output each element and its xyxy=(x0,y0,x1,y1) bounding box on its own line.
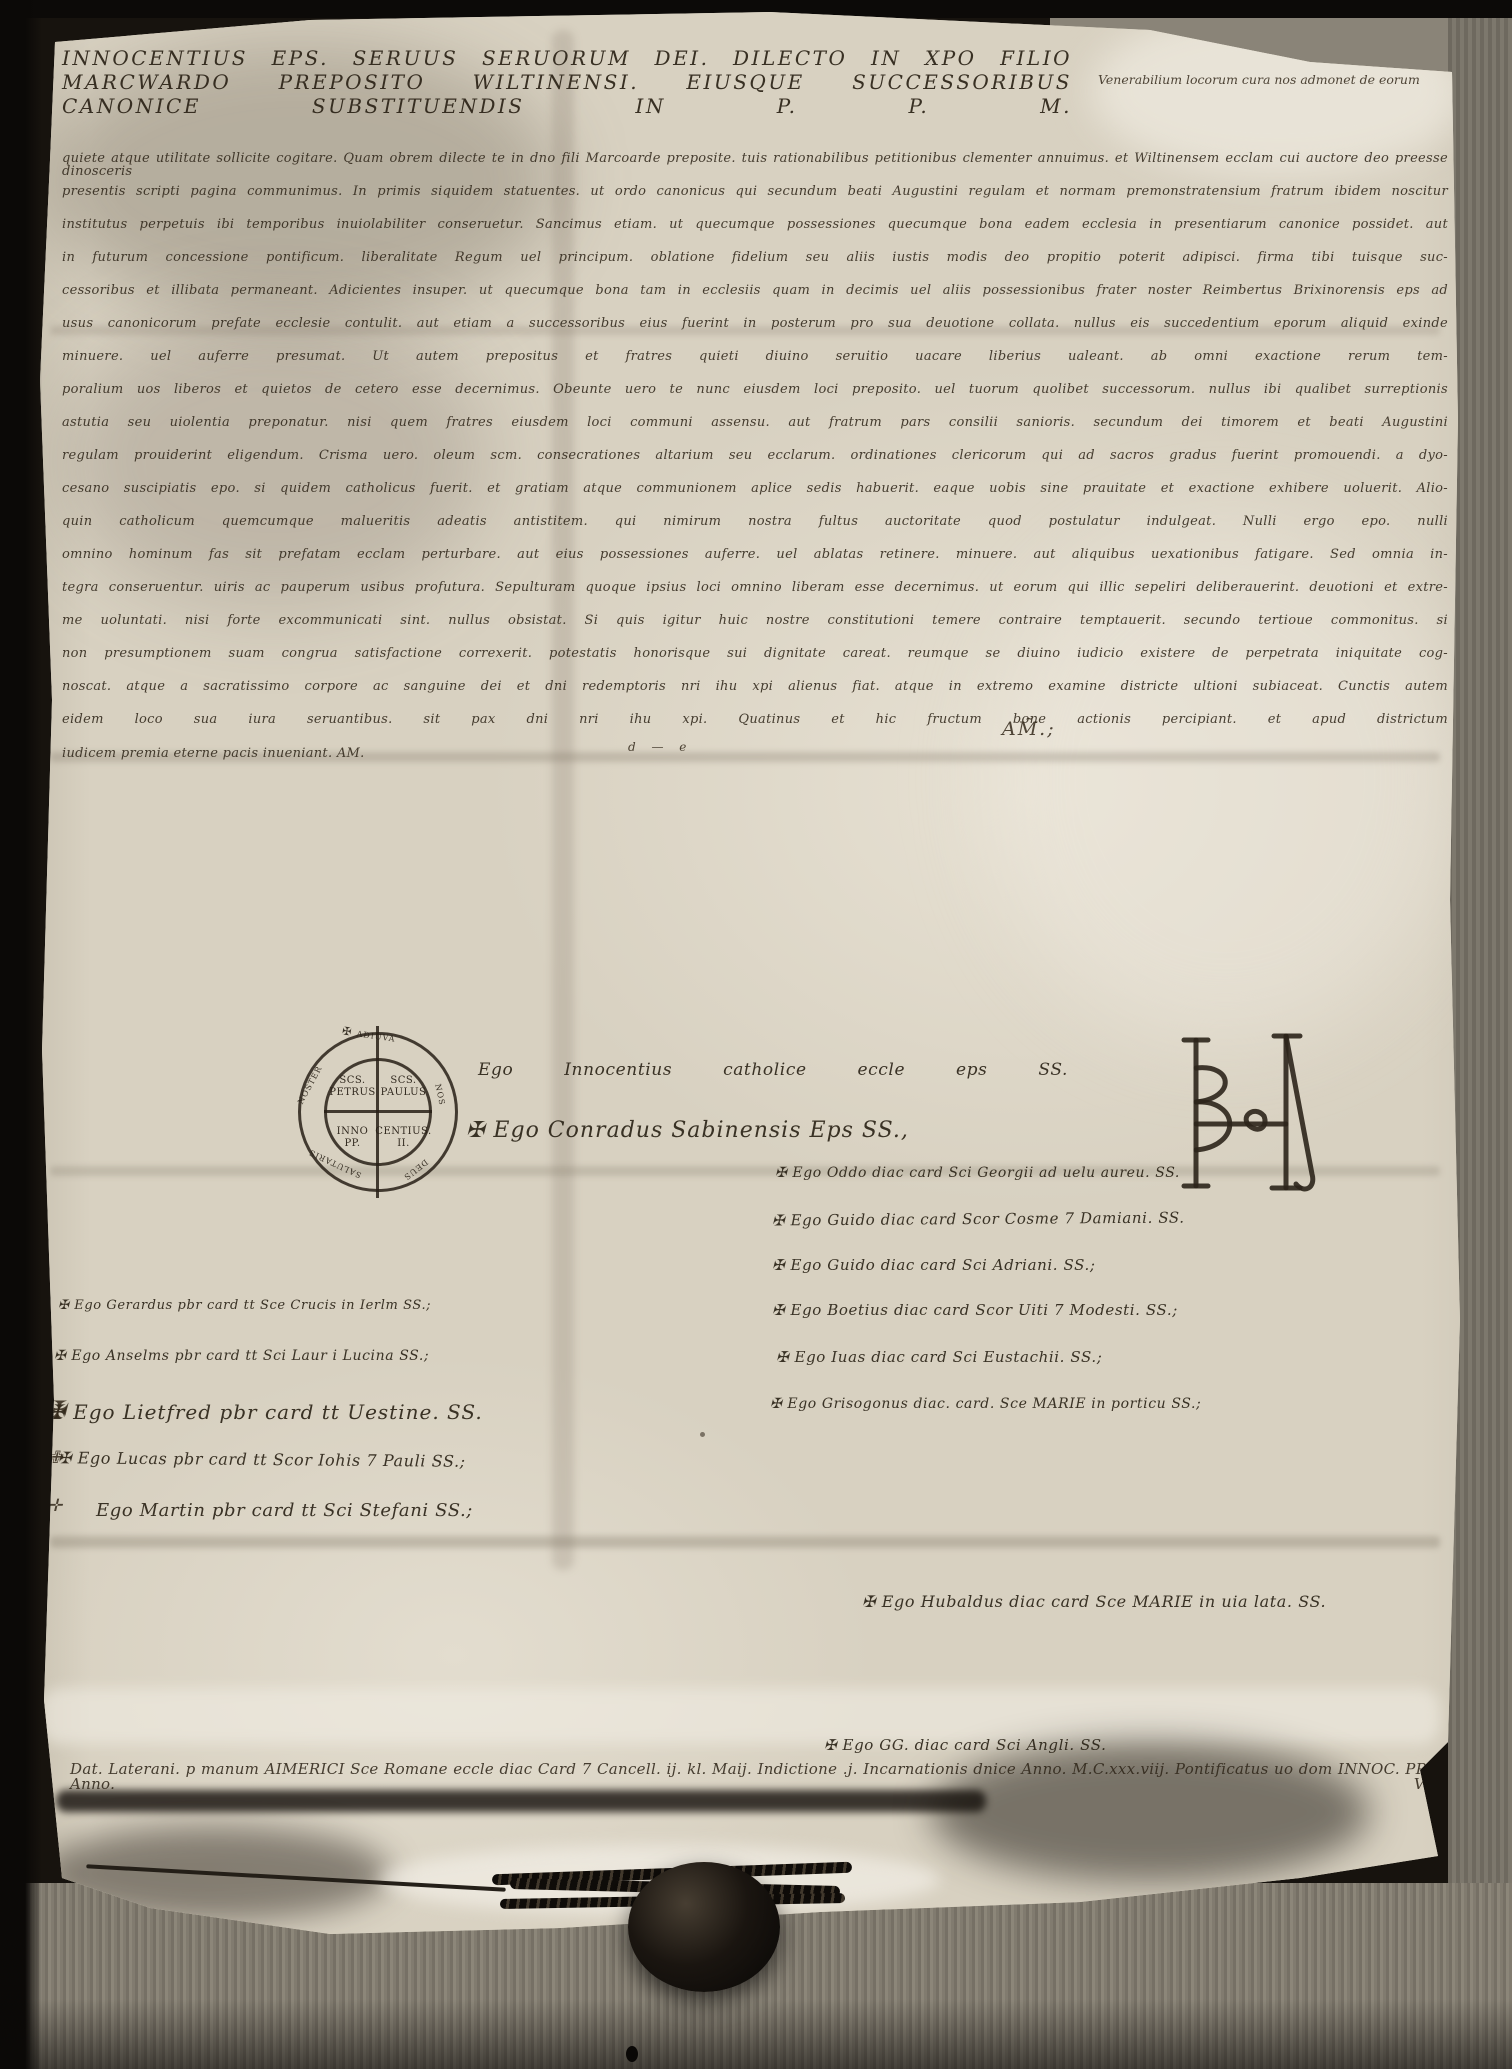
body-line: usus canonicorum prefate ecclesie contul… xyxy=(62,317,1448,330)
body-line: presentis scripti pagina communimus. In … xyxy=(62,185,1448,198)
fold-highlight xyxy=(40,1688,1440,1744)
sig-anselms: ✠ Ego Anselms pbr card tt Sci Laur i Luc… xyxy=(54,1348,429,1364)
charter-photograph: INNOCENTIUS EPS. SERUUS SERUORUM DEI. DI… xyxy=(0,0,1512,2069)
sig-boetius: ✠ Ego Boetius diac card Scor Uiti 7 Mode… xyxy=(772,1301,1178,1319)
margin-cross-2: ✙ xyxy=(48,1448,62,1468)
body-line: poralium uos liberos et quietos de ceter… xyxy=(62,383,1448,396)
rota-q-tl-1: SCS. xyxy=(339,1075,365,1087)
sig-oddo: ✠ Ego Oddo diac card Sci Georgii ad uelu… xyxy=(775,1165,1180,1181)
body-line: me uoluntati. nisi forte excommunicati s… xyxy=(62,614,1448,627)
rota-q-bl-1: INNO xyxy=(337,1126,369,1138)
body-line: non presumptionem suam congrua satisfact… xyxy=(62,647,1448,660)
sig-guido-cosme: ✠ Ego Guido diac card Scor Cosme 7 Damia… xyxy=(772,1209,1185,1230)
lead-bulla-seal xyxy=(628,1862,780,1992)
body-line: quiete atque utilitate sollicite cogitar… xyxy=(62,152,1448,178)
conradus-subscription: ✠ Ego Conradus Sabinensis Eps SS., xyxy=(466,1118,909,1143)
sig-iuas: ✠ Ego Iuas diac card Sci Eustachii. SS.; xyxy=(776,1348,1102,1366)
sig-gerardus: ✠ Ego Gerardus pbr card tt Sce Crucis in… xyxy=(58,1298,431,1313)
body-line-final: iudicem premia eterne pacis inueniant. A… xyxy=(62,747,482,760)
pope-subscription: Ego Innocentius catholice eccle eps SS. xyxy=(478,1060,1068,1080)
dating-line: Dat. Laterani. p manum AIMERICI Sce Roma… xyxy=(70,1762,1450,1792)
bene-valete-monogram xyxy=(1168,1028,1318,1198)
sig-lucas: ✠ Ego Lucas pbr card tt Scor Iohis 7 Pau… xyxy=(58,1448,466,1471)
heading-tail: Venerabilium locorum cura nos admonet de… xyxy=(1098,72,1420,87)
body-line: quin catholicum quemcumque malueritis ad… xyxy=(62,515,1448,528)
margin-cross-1: ✠ xyxy=(46,1396,66,1424)
sig-hubaldus: ✠ Ego Hubaldus diac card Sce MARIE in ui… xyxy=(862,1592,1326,1611)
body-line: minuere. uel auferre presumat. Ut autem … xyxy=(62,350,1448,363)
body-line: eidem loco sua iura seruantibus. sit pax… xyxy=(62,713,1448,726)
sig-guido-adriani: ✠ Ego Guido diac card Sci Adriani. SS.; xyxy=(772,1256,1095,1274)
rota-q-br-2: II. xyxy=(397,1138,410,1150)
sig-grisogonus: ✠ Ego Grisogonus diac. card. Sce MARIE i… xyxy=(770,1396,1201,1412)
rota-q-tr-2: PAULUS xyxy=(381,1087,427,1099)
rota-q-tl-2: PETRUS xyxy=(329,1087,376,1099)
sig-lietfred: ✠ Ego Lietfred pbr card tt Uestine. SS. xyxy=(48,1400,483,1424)
photo-edge-bottom-shade xyxy=(0,1999,1512,2069)
rota-inner-circle: SCS.PETRUS SCS.PAULUS INNOPP. CENTIUS.II… xyxy=(324,1058,432,1166)
amen-mark-right: AM̃.; xyxy=(1002,718,1056,740)
body-line: astutia seu uiolentia preponatur. nisi q… xyxy=(62,416,1448,429)
heading-elongata: INNOCENTIUS EPS. SERUUS SERUORUM DEI. DI… xyxy=(62,46,1072,118)
body-line: cesano suscipiatis epo. si quidem cathol… xyxy=(62,482,1448,495)
rota-q-bl-2: PP. xyxy=(344,1138,360,1150)
body-line: omnino hominum fas sit prefatam ecclam p… xyxy=(62,548,1448,561)
amen-mark-center: d — e xyxy=(628,740,692,754)
rota-q-br-1: CENTIUS. xyxy=(375,1126,431,1138)
backing-board-right xyxy=(1448,0,1512,2069)
sig-martin: Ego Martin pbr card tt Sci Stefani SS.; xyxy=(96,1500,473,1521)
body-line: tegra conseruentur. uiris ac pauperum us… xyxy=(62,581,1448,594)
body-line: cessoribus et illibata permaneant. Adici… xyxy=(62,284,1448,297)
rota: ✠ adiuva nos deus salutaris noster SCS.P… xyxy=(298,1032,458,1192)
sig-gg: ✠ Ego GG. diac card Sci Angli. SS. xyxy=(824,1736,1106,1754)
body-line: in futurum concessione pontificum. liber… xyxy=(62,251,1448,264)
margin-cross-3: ✛ xyxy=(48,1496,62,1516)
body-line: regulam prouiderint eligendum. Crisma ue… xyxy=(62,449,1448,462)
ink-speck xyxy=(700,1432,705,1437)
parchment: INNOCENTIUS EPS. SERUUS SERUORUM DEI. DI… xyxy=(0,0,1512,2069)
crease-h4 xyxy=(50,1536,1440,1548)
body-line: noscat. atque a sacratissimo corpore ac … xyxy=(62,680,1448,693)
body-line: institutus perpetuis ibi temporibus inui… xyxy=(62,218,1448,231)
photo-edge-left xyxy=(0,0,42,2069)
rota-q-tr-1: SCS. xyxy=(390,1075,416,1087)
board-hole xyxy=(626,2046,638,2062)
fold-shadow xyxy=(56,1790,986,1812)
highlight-right xyxy=(990,520,1460,1040)
